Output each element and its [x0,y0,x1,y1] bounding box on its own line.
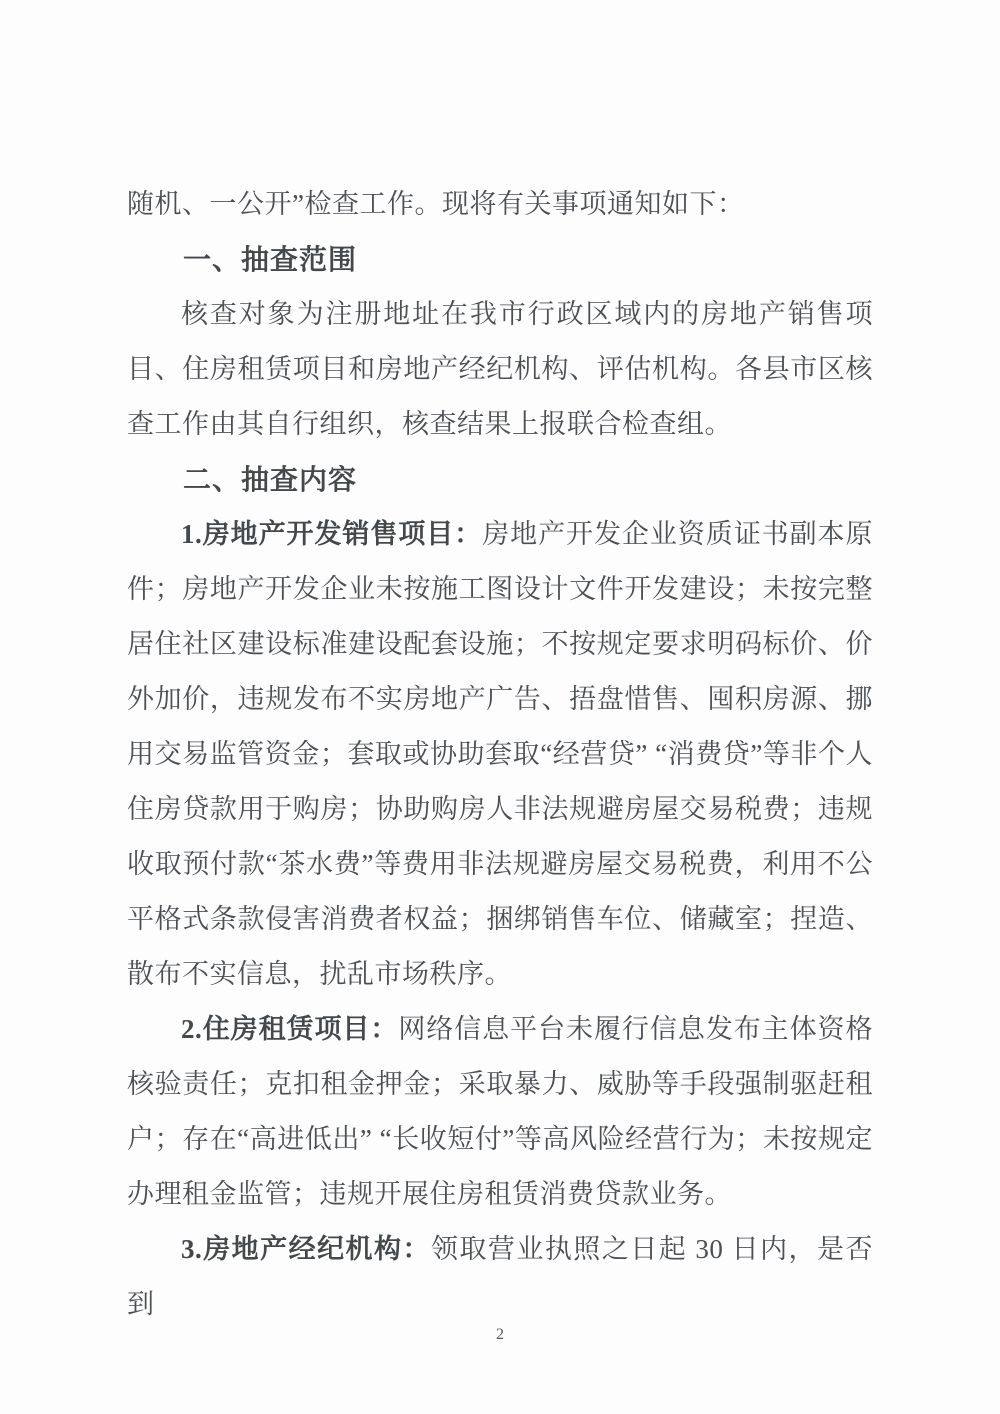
heading: 一、抽查范围 [127,232,873,287]
text-run: 核查对象为注册地址在我市行政区域内的房地产销售项目、住房租赁项目和房地产经纪机构… [127,299,873,439]
document-body: 随机、一公开”检查工作。现将有关事项通知如下：一、抽查范围核查对象为注册地址在我… [127,177,873,1332]
bold-run: 二、抽查内容 [183,464,357,495]
bold-run: 1.房地产开发销售项目： [181,519,482,549]
bold-run: 2.住房租赁项目： [181,1014,398,1044]
page-number: 2 [0,1326,1000,1344]
paragraph: 2.住房租赁项目：网络信息平台未履行信息发布主体资格核验责任；克扣租金押金；采取… [127,1002,873,1222]
paragraph: 1.房地产开发销售项目：房地产开发企业资质证书副本原件；房地产开发企业未按施工图… [127,507,873,1002]
bold-run: 一、抽查范围 [183,244,357,275]
heading: 二、抽查内容 [127,452,873,507]
text-run: 随机、一公开”检查工作。现将有关事项通知如下： [127,189,744,219]
document-page: 随机、一公开”检查工作。现将有关事项通知如下：一、抽查范围核查对象为注册地址在我… [0,0,1000,1414]
paragraph: 随机、一公开”检查工作。现将有关事项通知如下： [127,177,873,232]
paragraph: 核查对象为注册地址在我市行政区域内的房地产销售项目、住房租赁项目和房地产经纪机构… [127,287,873,452]
bold-run: 3.房地产经纪机构： [181,1234,431,1264]
text-run: 房地产开发企业资质证书副本原件；房地产开发企业未按施工图设计文件开发建设；未按完… [127,519,873,989]
paragraph: 3.房地产经纪机构：领取营业执照之日起 30 日内，是否到 [127,1222,873,1332]
